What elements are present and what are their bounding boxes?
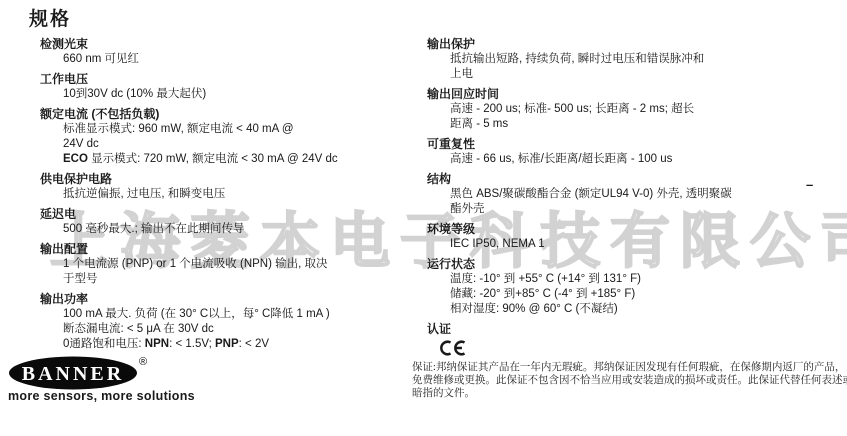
spec-line: 抵抗输出短路, 持续负荷, 瞬时过电压和错误脉冲和 [427, 52, 827, 67]
spec-line: IEC IP50, NEMA 1 [427, 237, 827, 252]
spec-heading: 环境等级 [427, 222, 827, 237]
spec-heading: 可重复性 [427, 137, 827, 152]
spec-heading: 额定电流 (不包括负载) [40, 107, 425, 122]
banner-logo-text: BANNER [22, 363, 124, 385]
spec-section: 输出保护抵抗输出短路, 持续负荷, 瞬时过电压和错误脉冲和上电 [427, 37, 827, 82]
spec-line: 距离 - 5 ms [427, 117, 827, 132]
page-title: 规格 [29, 4, 71, 31]
spec-line: 24V dc [40, 137, 425, 152]
spec-heading: 输出功率 [40, 292, 425, 307]
spec-heading: 供电保护电路 [40, 172, 425, 187]
spec-heading: 延迟电 [40, 207, 425, 222]
spec-line: 1 个电流源 (PNP) or 1 个电流吸收 (NPN) 输出, 取决 [40, 257, 425, 272]
spec-section: 运行状态温度: -10° 到 +55° C (+14° 到 131° F)储藏:… [427, 257, 827, 317]
spec-line: 于型号 [40, 272, 425, 287]
spec-line: ECO 显示模式: 720 mW, 额定电流 < 30 mA @ 24V dc [40, 152, 425, 167]
spec-line: 500 毫秒最大.; 输出不在此期间传导 [40, 222, 425, 237]
spec-section: 结构黑色 ABS/聚碳酸酯合金 (额定UL94 V-0) 外壳, 透明聚碳酯外壳 [427, 172, 827, 217]
banner-logo-icon: BANNER ® [6, 354, 156, 392]
spec-section: 输出回应时间高速 - 200 us; 标准- 500 us; 长距离 - 2 m… [427, 87, 827, 132]
dash-mark: – [806, 177, 813, 192]
spec-line: 上电 [427, 67, 827, 82]
spec-section: 延迟电500 毫秒最大.; 输出不在此期间传导 [40, 207, 425, 237]
spec-line: 储藏: -20° 到+85° C (-4° 到 +185° F) [427, 287, 827, 302]
spec-heading: 检测光束 [40, 37, 425, 52]
spec-line: 高速 - 200 us; 标准- 500 us; 长距离 - 2 ms; 超长 [427, 102, 827, 117]
spec-line: 100 mA 最大. 负荷 (在 30° C以上，每° C降低 1 mA ) [40, 307, 425, 322]
spec-section: 输出功率100 mA 最大. 负荷 (在 30° C以上，每° C降低 1 mA… [40, 292, 425, 352]
spec-line: 酯外壳 [427, 202, 827, 217]
spec-heading: 结构 [427, 172, 827, 187]
ce-mark-icon [427, 337, 827, 362]
registered-trademark-icon: ® [139, 356, 147, 368]
spec-heading: 输出配置 [40, 242, 425, 257]
spec-section: 工作电压10到30V dc (10% 最大起伏) [40, 72, 425, 102]
spec-line: 高速 - 66 us, 标准/长距离/超长距离 - 100 us [427, 152, 827, 167]
spec-heading: 输出保护 [427, 37, 827, 52]
spec-column-right: 输出保护抵抗输出短路, 持续负荷, 瞬时过电压和错误脉冲和上电输出回应时间高速 … [427, 37, 827, 367]
spec-section: 可重复性高速 - 66 us, 标准/长距离/超长距离 - 100 us [427, 137, 827, 167]
spec-line: 抵抗逆偏振, 过电压, 和瞬变电压 [40, 187, 425, 202]
spec-section: 供电保护电路抵抗逆偏振, 过电压, 和瞬变电压 [40, 172, 425, 202]
spec-line: 断态漏电流: < 5 μA 在 30V dc [40, 322, 425, 337]
spec-line: 10到30V dc (10% 最大起伏) [40, 87, 425, 102]
spec-document-page: 上海菱本电子科技有限公司 规格 检测光束660 nm 可见红工作电压10到30V… [0, 0, 847, 436]
spec-section: 输出配置1 个电流源 (PNP) or 1 个电流吸收 (NPN) 输出, 取决… [40, 242, 425, 287]
spec-heading: 认证 [427, 322, 827, 337]
spec-line: 温度: -10° 到 +55° C (+14° 到 131° F) [427, 272, 827, 287]
spec-section: 检测光束660 nm 可见红 [40, 37, 425, 67]
spec-column-left: 检测光束660 nm 可见红工作电压10到30V dc (10% 最大起伏)额定… [40, 37, 425, 357]
spec-line: 0通路饱和电压: NPN: < 1.5V; PNP: < 2V [40, 337, 425, 352]
spec-heading: 运行状态 [427, 257, 827, 272]
spec-heading: 输出回应时间 [427, 87, 827, 102]
spec-section: 环境等级IEC IP50, NEMA 1 [427, 222, 827, 252]
spec-line: 标准显示模式: 960 mW, 额定电流 < 40 mA @ [40, 122, 425, 137]
spec-line: 相对湿度: 90% @ 60° C (不凝结) [427, 302, 827, 317]
spec-line: 黑色 ABS/聚碳酸酯合金 (额定UL94 V-0) 外壳, 透明聚碳 [427, 187, 827, 202]
spec-heading: 工作电压 [40, 72, 425, 87]
spec-line: 660 nm 可见红 [40, 52, 425, 67]
spec-section: 认证 [427, 322, 827, 362]
banner-tagline: more sensors, more solutions [8, 389, 195, 403]
spec-section: 额定电流 (不包括负载)标准显示模式: 960 mW, 额定电流 < 40 mA… [40, 107, 425, 167]
warranty-text: 保证:邦纳保证其产品在一年内无瑕疵。邦纳保证因发现有任何瑕疵，在保修期内返厂的产… [412, 361, 847, 400]
